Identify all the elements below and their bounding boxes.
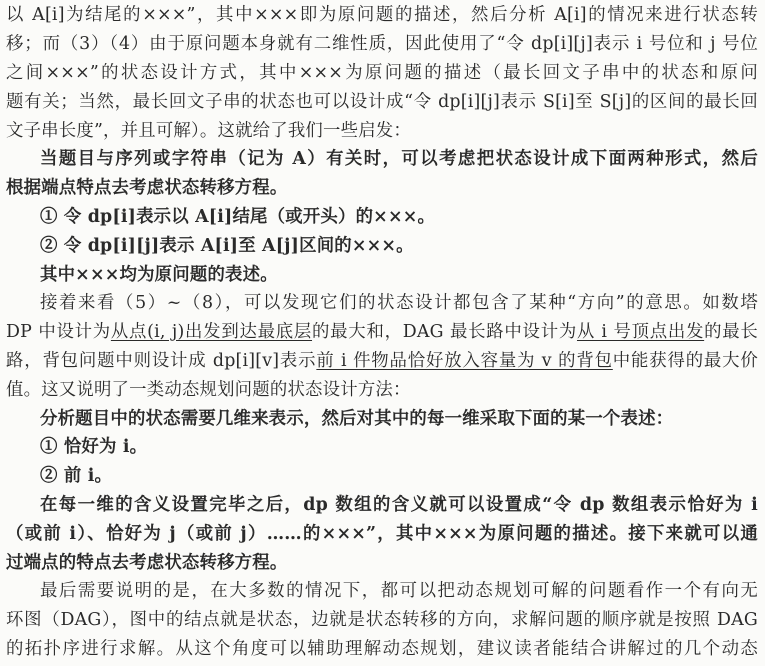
paragraph-line: 以 A[i]为结尾的×××”，其中×××即为原问题的描述，然后分析 A[i]的情…	[6, 2, 758, 28]
paragraph-line: 题有关；当然，最长回文子串的状态也可以设计成“令 dp[i][j]表示 S[i]…	[6, 89, 758, 115]
list-item-1: ① 令 dp[i]表示以 A[i]结尾（或开头）的×××。	[40, 204, 758, 230]
bold-paragraph-line: 当题目与序列或字符串（记为 A）有关时，可以考虑把状态设计成下面两种形式，然后	[40, 146, 758, 172]
list-item-1: ① 恰好为 i。	[40, 434, 758, 460]
paragraph-line: 文子串长度”，并且可解）。这就给了我们一些启发：	[6, 118, 758, 144]
text-segment: 的最大和，DAG 最长路中设计为	[312, 322, 577, 342]
list-item-2: ② 前 i。	[40, 463, 758, 489]
bold-paragraph-line: 分析题目中的状态需要几维来表示，然后对其中的每一维采取下面的某一个表述：	[40, 406, 758, 432]
underlined-phrase: 从点(i, j)出发到达最底层	[111, 322, 312, 342]
paragraph-line: 接着来看（5）~（8），可以发现它们的状态设计都包含了某种“方向”的意思。如数塔	[40, 290, 758, 316]
paragraph-line: 最后需要说明的是，在大多数的情况下，都可以把动态规划可解的问题看作一个有向无	[40, 578, 758, 604]
paragraph-line: 值。这又说明了一类动态规划问题的状态设计方法：	[6, 377, 758, 403]
bold-note: 其中×××均为原问题的表述。	[40, 262, 758, 288]
paragraph-line: 的拓扑序进行求解。从这个角度可以辅助理解动态规划，建议读者能结合讲解过的几个动态	[6, 636, 758, 662]
text-segment: 路，背包问题中则设计成 dp[i][v]表示	[6, 351, 316, 371]
document-page: 以 A[i]为结尾的×××”，其中×××即为原问题的描述，然后分析 A[i]的情…	[0, 0, 765, 666]
bold-paragraph-line: 根据端点特点去考虑状态转移方程。	[6, 175, 758, 201]
underlined-phrase: 从 i 号顶点出发	[577, 322, 704, 342]
text-segment: 中能获得的最大价	[613, 351, 758, 371]
list-item-2: ② 令 dp[i][j]表示 A[i]至 A[j]区间的×××。	[40, 233, 758, 259]
text-segment: DP 中设计为	[6, 322, 111, 342]
paragraph-line: 之间×××”的状态设计方式，其中×××为原问题的描述（最长回文子串中的状态和原问	[6, 60, 758, 86]
paragraph-line-underlined: DP 中设计为从点(i, j)出发到达最底层的最大和，DAG 最长路中设计为从 …	[6, 319, 758, 345]
paragraph-line: 移；而（3）（4）由于原问题本身就有二维性质，因此使用了“令 dp[i][j]表…	[6, 31, 758, 57]
text-segment: 的最长	[704, 322, 758, 342]
bold-paragraph-line: （或前 i）、恰好为 j（或前 j）……的×××”，其中×××为原问题的描述。接…	[6, 521, 758, 547]
paragraph-line-underlined: 路，背包问题中则设计成 dp[i][v]表示前 i 件物品恰好放入容量为 v 的…	[6, 348, 758, 374]
paragraph-line: 环图（DAG），图中的结点就是状态，边就是状态转移的方向，求解问题的顺序就是按照…	[6, 607, 758, 633]
bold-paragraph-line: 过端点的特点去考虑状态转移方程。	[6, 550, 758, 576]
underlined-phrase: 前 i 件物品恰好放入容量为 v 的背包	[316, 351, 612, 371]
bold-paragraph-line: 在每一维的含义设置完毕之后，dp 数组的含义就可以设置成“令 dp 数组表示恰好…	[40, 492, 758, 518]
